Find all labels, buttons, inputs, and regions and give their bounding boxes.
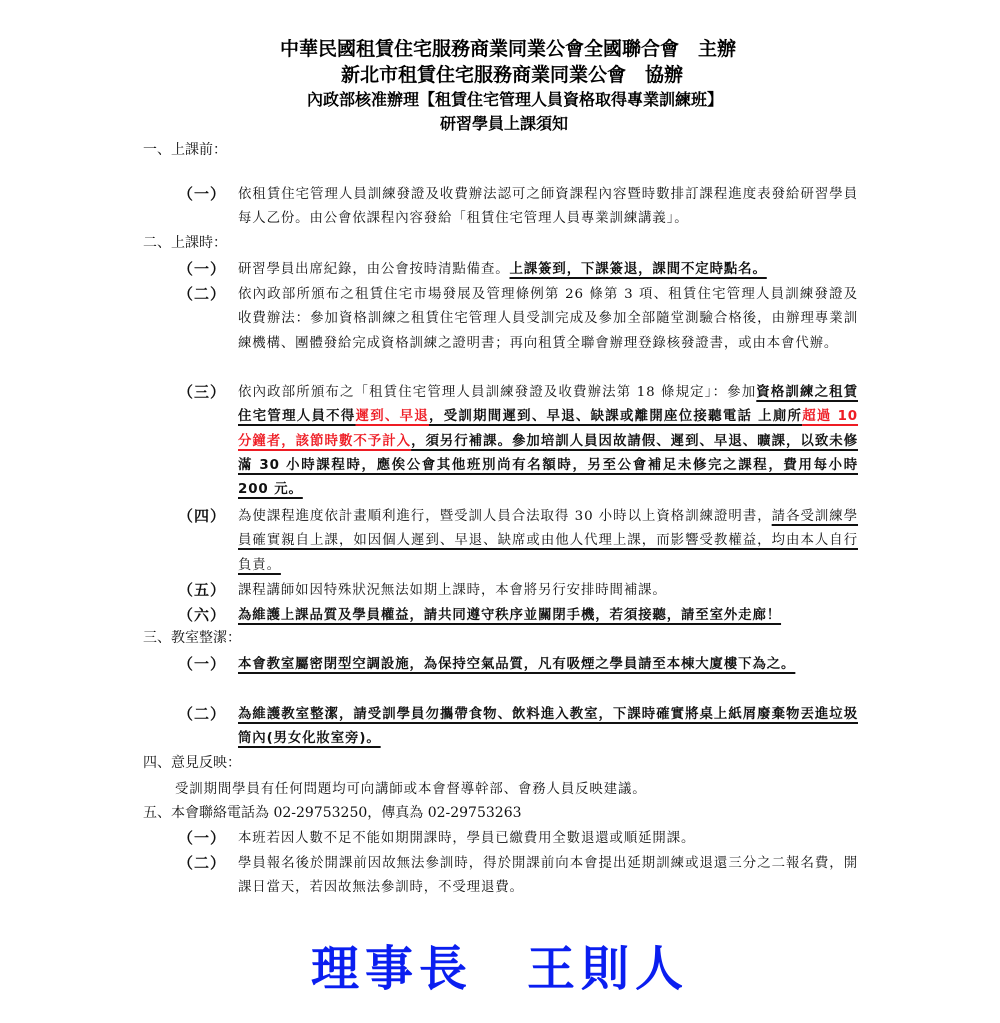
item-number: （二） bbox=[178, 703, 226, 724]
item-number: （三） bbox=[178, 381, 226, 402]
section-title-before-class: 一、上課前： bbox=[143, 140, 227, 160]
item-text: 為維護教室整潔，請受訓學員勿攜帶食物、飲料進入教室，下課時確實將桌上紙屑廢棄物丟… bbox=[238, 703, 858, 752]
emphasis-text: 為維護上課品質及學員權益，請共同遵守秩序並關閉手機，若須接聽，請至室外走廊！ bbox=[238, 608, 781, 623]
emphasis-text: 上課簽到，下課簽退，課間不定時點名。 bbox=[510, 262, 767, 277]
item-number: （二） bbox=[178, 852, 226, 873]
red-emphasis-text: 遲到、早退 bbox=[356, 409, 429, 424]
section-title-classroom: 三、教室整潔： bbox=[143, 628, 241, 648]
item-text: 本會教室屬密閉型空調設施，為保持空氣品質，凡有吸煙之學員請至本棟大廈樓下為之。 bbox=[238, 653, 858, 677]
item-number: （一） bbox=[178, 258, 226, 279]
section-title-during-class: 二、上課時： bbox=[143, 233, 227, 253]
item-number: （一） bbox=[178, 183, 226, 204]
emphasis-text: ，受訓期間遲到、早退、缺課或離開座位接聽電話 上廁所 bbox=[429, 409, 802, 424]
notice-title: 研習學員上課須知 bbox=[8, 112, 1000, 136]
item-text: 依租賃住宅管理人員訓練發證及收費辦法認可之師資課程內容暨時數排訂課程進度表發給研… bbox=[238, 183, 858, 232]
item-text: 本班若因人數不足不能如期開課時，學員已繳費用全數退還或順延開課。 bbox=[238, 827, 858, 851]
feedback-text: 受訓期間學員有任何問題均可向講師或本會督導幹部、會務人員反映建議。 bbox=[175, 778, 647, 797]
co-organizer-line: 新北市租賃住宅服務商業同業公會 協辦 bbox=[24, 62, 1000, 88]
item-number: （五） bbox=[178, 579, 226, 600]
section-title-feedback: 四、意見反映： bbox=[143, 753, 241, 773]
item-number: （四） bbox=[178, 505, 226, 526]
item-text: 為維護上課品質及學員權益，請共同遵守秩序並關閉手機，若須接聽，請至室外走廊！ bbox=[238, 604, 858, 628]
item-number: （二） bbox=[178, 283, 226, 304]
course-title: 內政部核准辦理【租賃住宅管理人員資格取得專業訓練班】 bbox=[30, 88, 1000, 112]
item-text: 研習學員出席紀錄，由公會按時清點備查。上課簽到，下課簽退，課間不定時點名。 bbox=[238, 258, 858, 282]
item-text: 課程講師如因特殊狀況無法如期上課時，本會將另行安排時間補課。 bbox=[238, 579, 858, 603]
organizer-line: 中華民國租賃住宅服務商業同業公會全國聯合會 主辦 bbox=[16, 36, 1000, 62]
item-text: 依內政部所頒布之「租賃住宅管理人員訓練發證及收費辦法第 18 條規定」：參加資格… bbox=[238, 381, 858, 502]
item-number: （一） bbox=[178, 827, 226, 848]
item-number: （一） bbox=[178, 653, 226, 674]
item-number: （六） bbox=[178, 604, 226, 625]
document-header: 中華民國租賃住宅服務商業同業公會全國聯合會 主辦 新北市租賃住宅服務商業同業公會… bbox=[0, 36, 1000, 136]
emphasis-text: 為維護教室整潔，請受訓學員勿攜帶食物、飲料進入教室，下課時確實將桌上紙屑廢棄物丟… bbox=[238, 707, 858, 746]
item-text: 依內政部所頒布之租賃住宅市場發展及管理條例第 26 條第 3 項、租賃住宅管理人… bbox=[238, 283, 858, 356]
section-title-contact: 五、本會聯絡電話為 02-29753250，傳真為 02-29753263 bbox=[143, 803, 522, 823]
emphasis-text: 本會教室屬密閉型空調設施，為保持空氣品質，凡有吸煙之學員請至本棟大廈樓下為之。 bbox=[238, 657, 795, 672]
chairman-signature: 理事長 王則人 bbox=[0, 930, 1000, 999]
item-text: 為使課程進度依計畫順利進行，暨受訓人員合法取得 30 小時以上資格訓練證明書，請… bbox=[238, 505, 858, 578]
item-text: 學員報名後於開課前因故無法參訓時，得於開課前向本會提出延期訓練或退還三分之二報名… bbox=[238, 852, 858, 901]
